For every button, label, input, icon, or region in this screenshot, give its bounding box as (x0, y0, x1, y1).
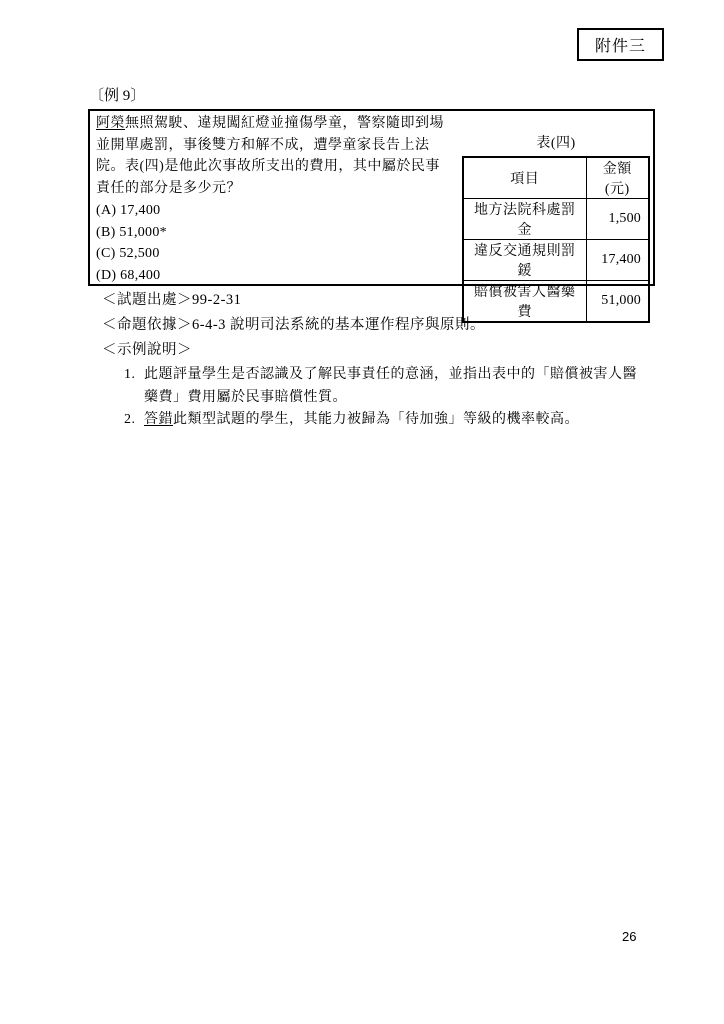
table-row: 地方法院科處罰金 1,500 (463, 199, 649, 240)
example-label: 〔例 9〕 (89, 84, 145, 105)
stem-underlined-name: 阿榮 (96, 116, 125, 131)
notes-list: 1. 此題評量學生是否認識及了解民事責任的意涵，並指出表中的「賠償被害人醫藥費」… (102, 364, 682, 432)
stem-text: 無照駕駛、違規闖紅燈並撞傷學童，警察隨即到場並開單處罰，事後雙方和解不成，遭學童… (96, 116, 444, 196)
attachment-badge: 附件三 (577, 28, 664, 61)
table-cell-amount: 17,400 (586, 240, 649, 281)
basis-label: ＜命題依據＞ (102, 317, 192, 333)
source-value: 99-2-31 (192, 292, 241, 308)
note-text: 答錯此類型試題的學生，其能力被歸為「待加強」等級的機率較高。 (144, 409, 637, 432)
meta-block: ＜試題出處＞99-2-31 ＜命題依據＞6-4-3 說明司法系統的基本運作程序與… (102, 288, 682, 432)
question-box: 阿榮無照駕駛、違規闖紅燈並撞傷學童，警察隨即到場並開單處罰，事後雙方和解不成，遭… (88, 109, 655, 286)
note-body-text: 此類型試題的學生，其能力被歸為「待加強」等級的機率較高。 (173, 412, 579, 427)
document-page: 附件三 〔例 9〕 阿榮無照駕駛、違規闖紅燈並撞傷學童，警察隨即到場並開單處罰，… (0, 0, 724, 1024)
notes-heading: ＜示例說明＞ (102, 338, 682, 363)
note-item-2: 2. 答錯此類型試題的學生，其能力被歸為「待加強」等級的機率較高。 (124, 409, 682, 432)
answer-option-b: (B) 51,000* (96, 222, 452, 244)
note-text: 此題評量學生是否認識及了解民事責任的意涵，並指出表中的「賠償被害人醫藥費」費用屬… (144, 364, 637, 409)
source-label: ＜試題出處＞ (102, 292, 192, 308)
question-stem: 阿榮無照駕駛、違規闖紅燈並撞傷學童，警察隨即到場並開單處罰，事後雙方和解不成，遭… (96, 113, 452, 200)
answer-option-c: (C) 52,500 (96, 243, 452, 265)
table-header-row: 項目 金額(元) (463, 157, 649, 199)
note-number: 1. (124, 364, 144, 409)
table-cell-amount: 1,500 (586, 199, 649, 240)
note-number: 2. (124, 409, 144, 432)
table-row: 違反交通規則罰鍰 17,400 (463, 240, 649, 281)
note-body-text: 此題評量學生是否認識及了解民事責任的意涵，並指出表中的「賠償被害人醫藥費」費用屬… (144, 367, 637, 405)
table-cell-item: 地方法院科處罰金 (463, 199, 586, 240)
answer-option-a: (A) 17,400 (96, 200, 452, 222)
table-title: 表(四) (461, 134, 651, 154)
basis-value: 6-4-3 說明司法系統的基本運作程序與原則。 (192, 317, 485, 333)
table-header-amount: 金額(元) (586, 157, 649, 199)
answer-options: (A) 17,400 (B) 51,000* (C) 52,500 (D) 68… (96, 200, 452, 287)
table-cell-item: 違反交通規則罰鍰 (463, 240, 586, 281)
attachment-label: 附件三 (595, 33, 646, 56)
note-item-1: 1. 此題評量學生是否認識及了解民事責任的意涵，並指出表中的「賠償被害人醫藥費」… (124, 364, 682, 409)
note-underlined-lead: 答錯 (144, 412, 173, 427)
answer-option-d: (D) 68,400 (96, 265, 452, 287)
page-number: 26 (622, 929, 636, 944)
basis-line: ＜命題依據＞6-4-3 說明司法系統的基本運作程序與原則。 (102, 313, 682, 338)
question-stem-area: 阿榮無照駕駛、違規闖紅燈並撞傷學童，警察隨即到場並開單處罰，事後雙方和解不成，遭… (96, 113, 452, 287)
source-line: ＜試題出處＞99-2-31 (102, 288, 682, 313)
table-header-item: 項目 (463, 157, 586, 199)
